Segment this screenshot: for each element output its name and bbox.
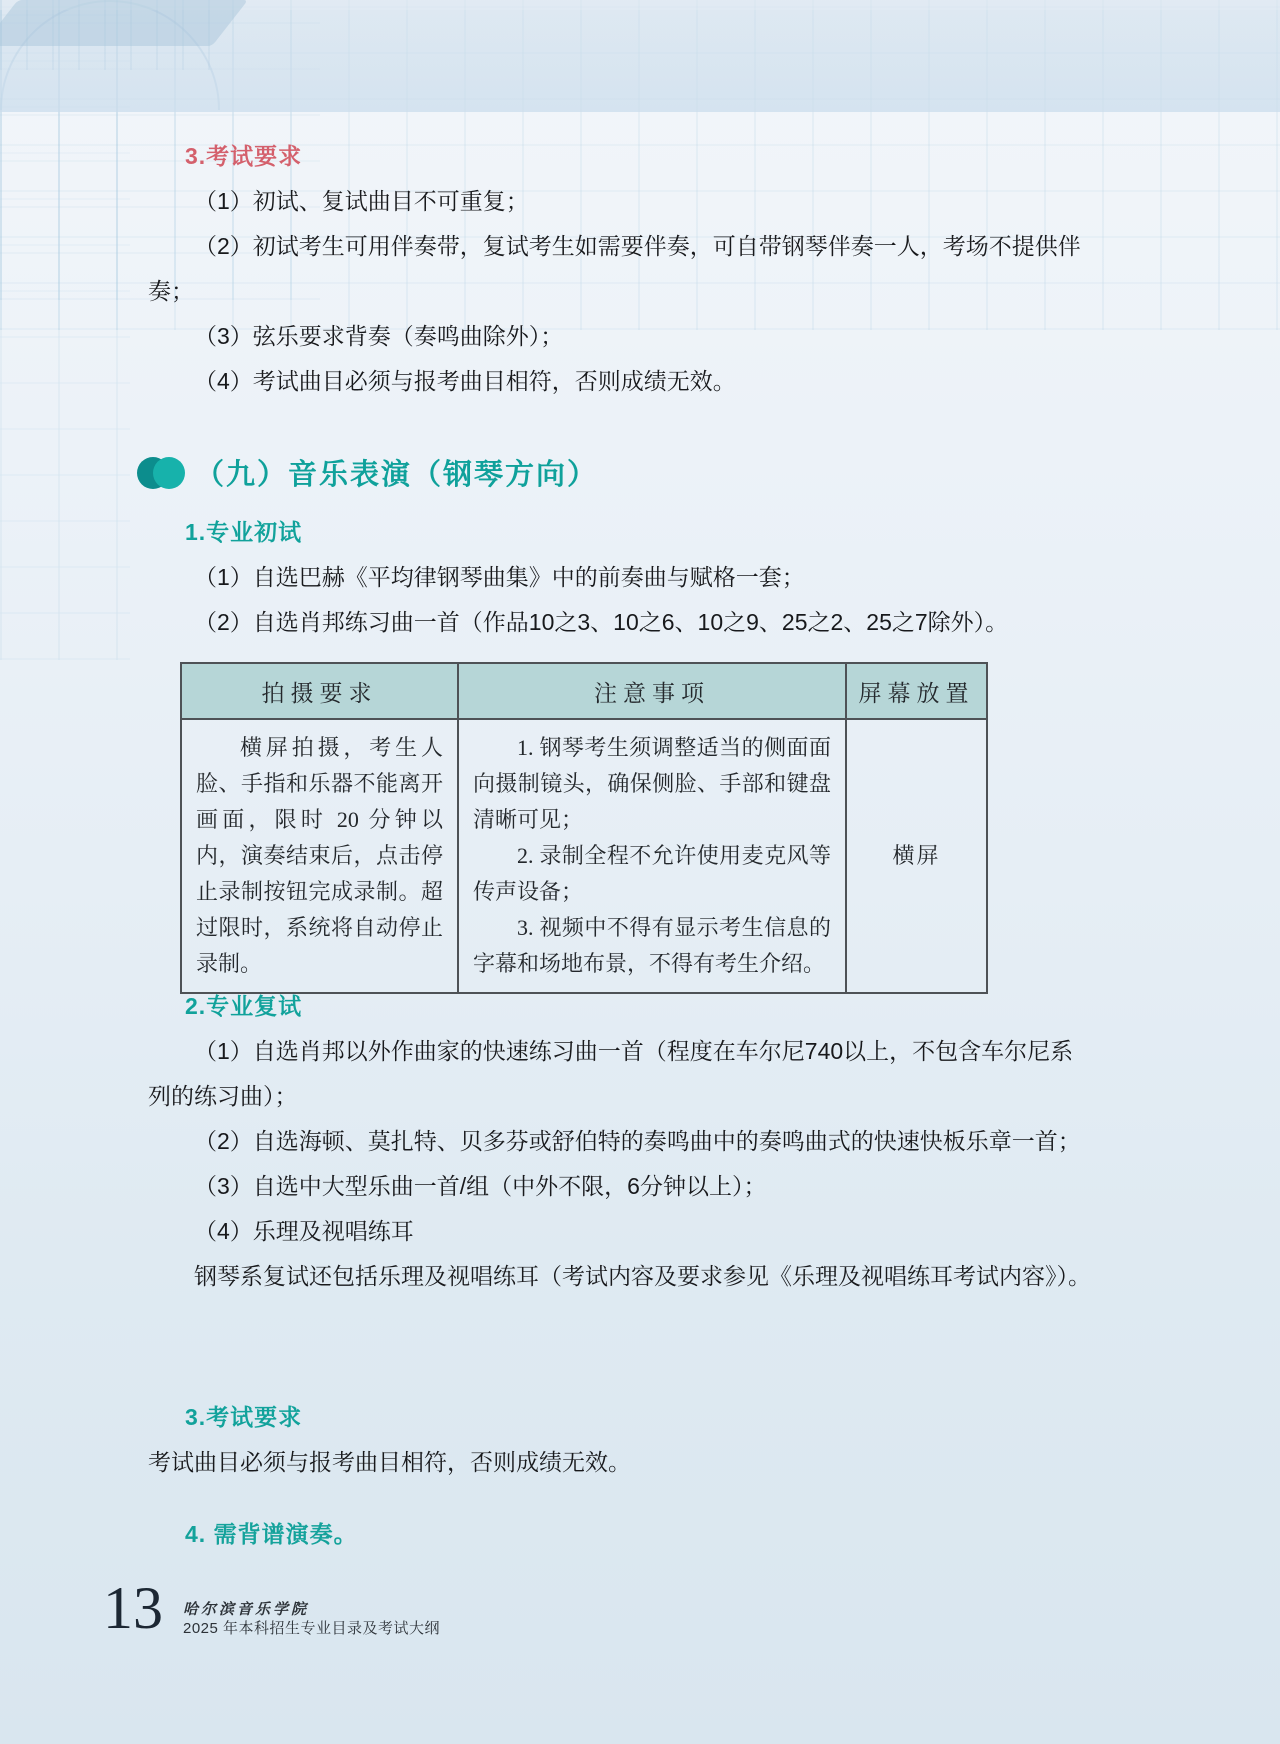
background-divider [0,0,1280,10]
final-round-note: 钢琴系复试还包括乐理及视唱练耳（考试内容及要求参见《乐理及视唱练耳考试内容》）。 [148,1254,1093,1299]
recording-requirements-table: 拍摄要求 注意事项 屏幕放置 横屏拍摄，考生人脸、手指和乐器不能离开画面，限时 … [180,662,988,994]
preliminary-heading: 1.专业初试 [185,510,1093,555]
note-item: 2. 录制全程不允许使用麦克风等传声设备； [473,838,831,910]
page-number: 13 [103,1576,163,1640]
background-dome-art [0,0,220,110]
notes-cell: 1. 钢琴考生须调整适当的侧面面向摄制镜头，确保侧脸、手部和键盘清晰可见； 2.… [458,719,846,993]
section-bullet-icon [137,457,185,489]
document-title: 2025 年本科招生专业目录及考试大纲 [183,1620,440,1637]
background-building-art [0,0,130,660]
section-title: （九）音乐表演（钢琴方向） [195,452,598,493]
final-round: 2.专业复试 （1）自选肖邦以外作曲家的快速练习曲一首（程度在车尔尼740以上，… [148,984,1093,1299]
footer: 哈尔滨音乐学院 2025 年本科招生专业目录及考试大纲 [183,1602,440,1637]
requirement-item: （2）初试考生可用伴奏带，复试考生如需要伴奏，可自带钢琴伴奏一人，考场不提供伴奏… [148,224,1093,314]
final-round-item: （2）自选海顿、莫扎特、贝多芬或舒伯特的奏鸣曲中的奏鸣曲式的快速快板乐章一首； [148,1119,1093,1164]
background-reflection [0,0,248,46]
exam-requirements-body: 考试曲目必须与报考曲目相符，否则成绩无效。 [148,1440,1093,1485]
table-header-row: 拍摄要求 注意事项 屏幕放置 [181,663,987,719]
piano-section-header: （九）音乐表演（钢琴方向） [137,452,598,493]
final-round-item: （3）自选中大型乐曲一首/组（中外不限，6分钟以上）； [148,1164,1093,1209]
final-round-item: （4）乐理及视唱练耳 [148,1209,1093,1254]
table-row: 横屏拍摄，考生人脸、手指和乐器不能离开画面，限时 20 分钟以内，演奏结束后，点… [181,719,987,993]
final-round-heading: 2.专业复试 [185,984,1093,1029]
exam-requirements: 3.考试要求 考试曲目必须与报考曲目相符，否则成绩无效。 [148,1395,1093,1485]
preliminary-item: （2）自选肖邦练习曲一首（作品10之3、10之6、10之9、25之2、25之7除… [148,600,1093,645]
background-dome-art [0,0,220,70]
school-name: 哈尔滨音乐学院 [183,1602,440,1619]
requirements-heading: 3.考试要求 [185,134,1093,179]
background-bottom-band [0,0,1280,112]
column-header-shooting: 拍摄要求 [181,663,458,719]
shooting-requirements-cell: 横屏拍摄，考生人脸、手指和乐器不能离开画面，限时 20 分钟以内，演奏结束后，点… [181,719,458,993]
previous-section-requirements: 3.考试要求 （1）初试、复试曲目不可重复； （2）初试考生可用伴奏带，复试考生… [148,134,1093,404]
shooting-requirements-text: 横屏拍摄，考生人脸、手指和乐器不能离开画面，限时 20 分钟以内，演奏结束后，点… [196,730,443,982]
note-item: 1. 钢琴考生须调整适当的侧面面向摄制镜头，确保侧脸、手部和键盘清晰可见； [473,730,831,838]
requirement-item: （1）初试、复试曲目不可重复； [148,179,1093,224]
exam-requirements-heading: 3.考试要求 [185,1395,1093,1440]
document-page: 3.考试要求 （1）初试、复试曲目不可重复； （2）初试考生可用伴奏带，复试考生… [0,0,1280,1744]
final-round-item: （1）自选肖邦以外作曲家的快速练习曲一首（程度在车尔尼740以上，不包含车尔尼系… [148,1029,1093,1119]
column-header-screen: 屏幕放置 [846,663,987,719]
screen-placement-cell: 横屏 [846,719,987,993]
column-header-notes: 注意事项 [458,663,846,719]
memory-performance-note: 4. 需背谱演奏。 [148,1516,358,1549]
preliminary-item: （1）自选巴赫《平均律钢琴曲集》中的前奏曲与赋格一套； [148,555,1093,600]
requirement-item: （3）弦乐要求背奏（奏鸣曲除外）； [148,314,1093,359]
preliminary-round: 1.专业初试 （1）自选巴赫《平均律钢琴曲集》中的前奏曲与赋格一套； （2）自选… [148,510,1093,645]
requirement-item: （4）考试曲目必须与报考曲目相符，否则成绩无效。 [148,359,1093,404]
note-item: 3. 视频中不得有显示考生信息的字幕和场地布景，不得有考生介绍。 [473,910,831,982]
background-reflection [0,0,248,46]
